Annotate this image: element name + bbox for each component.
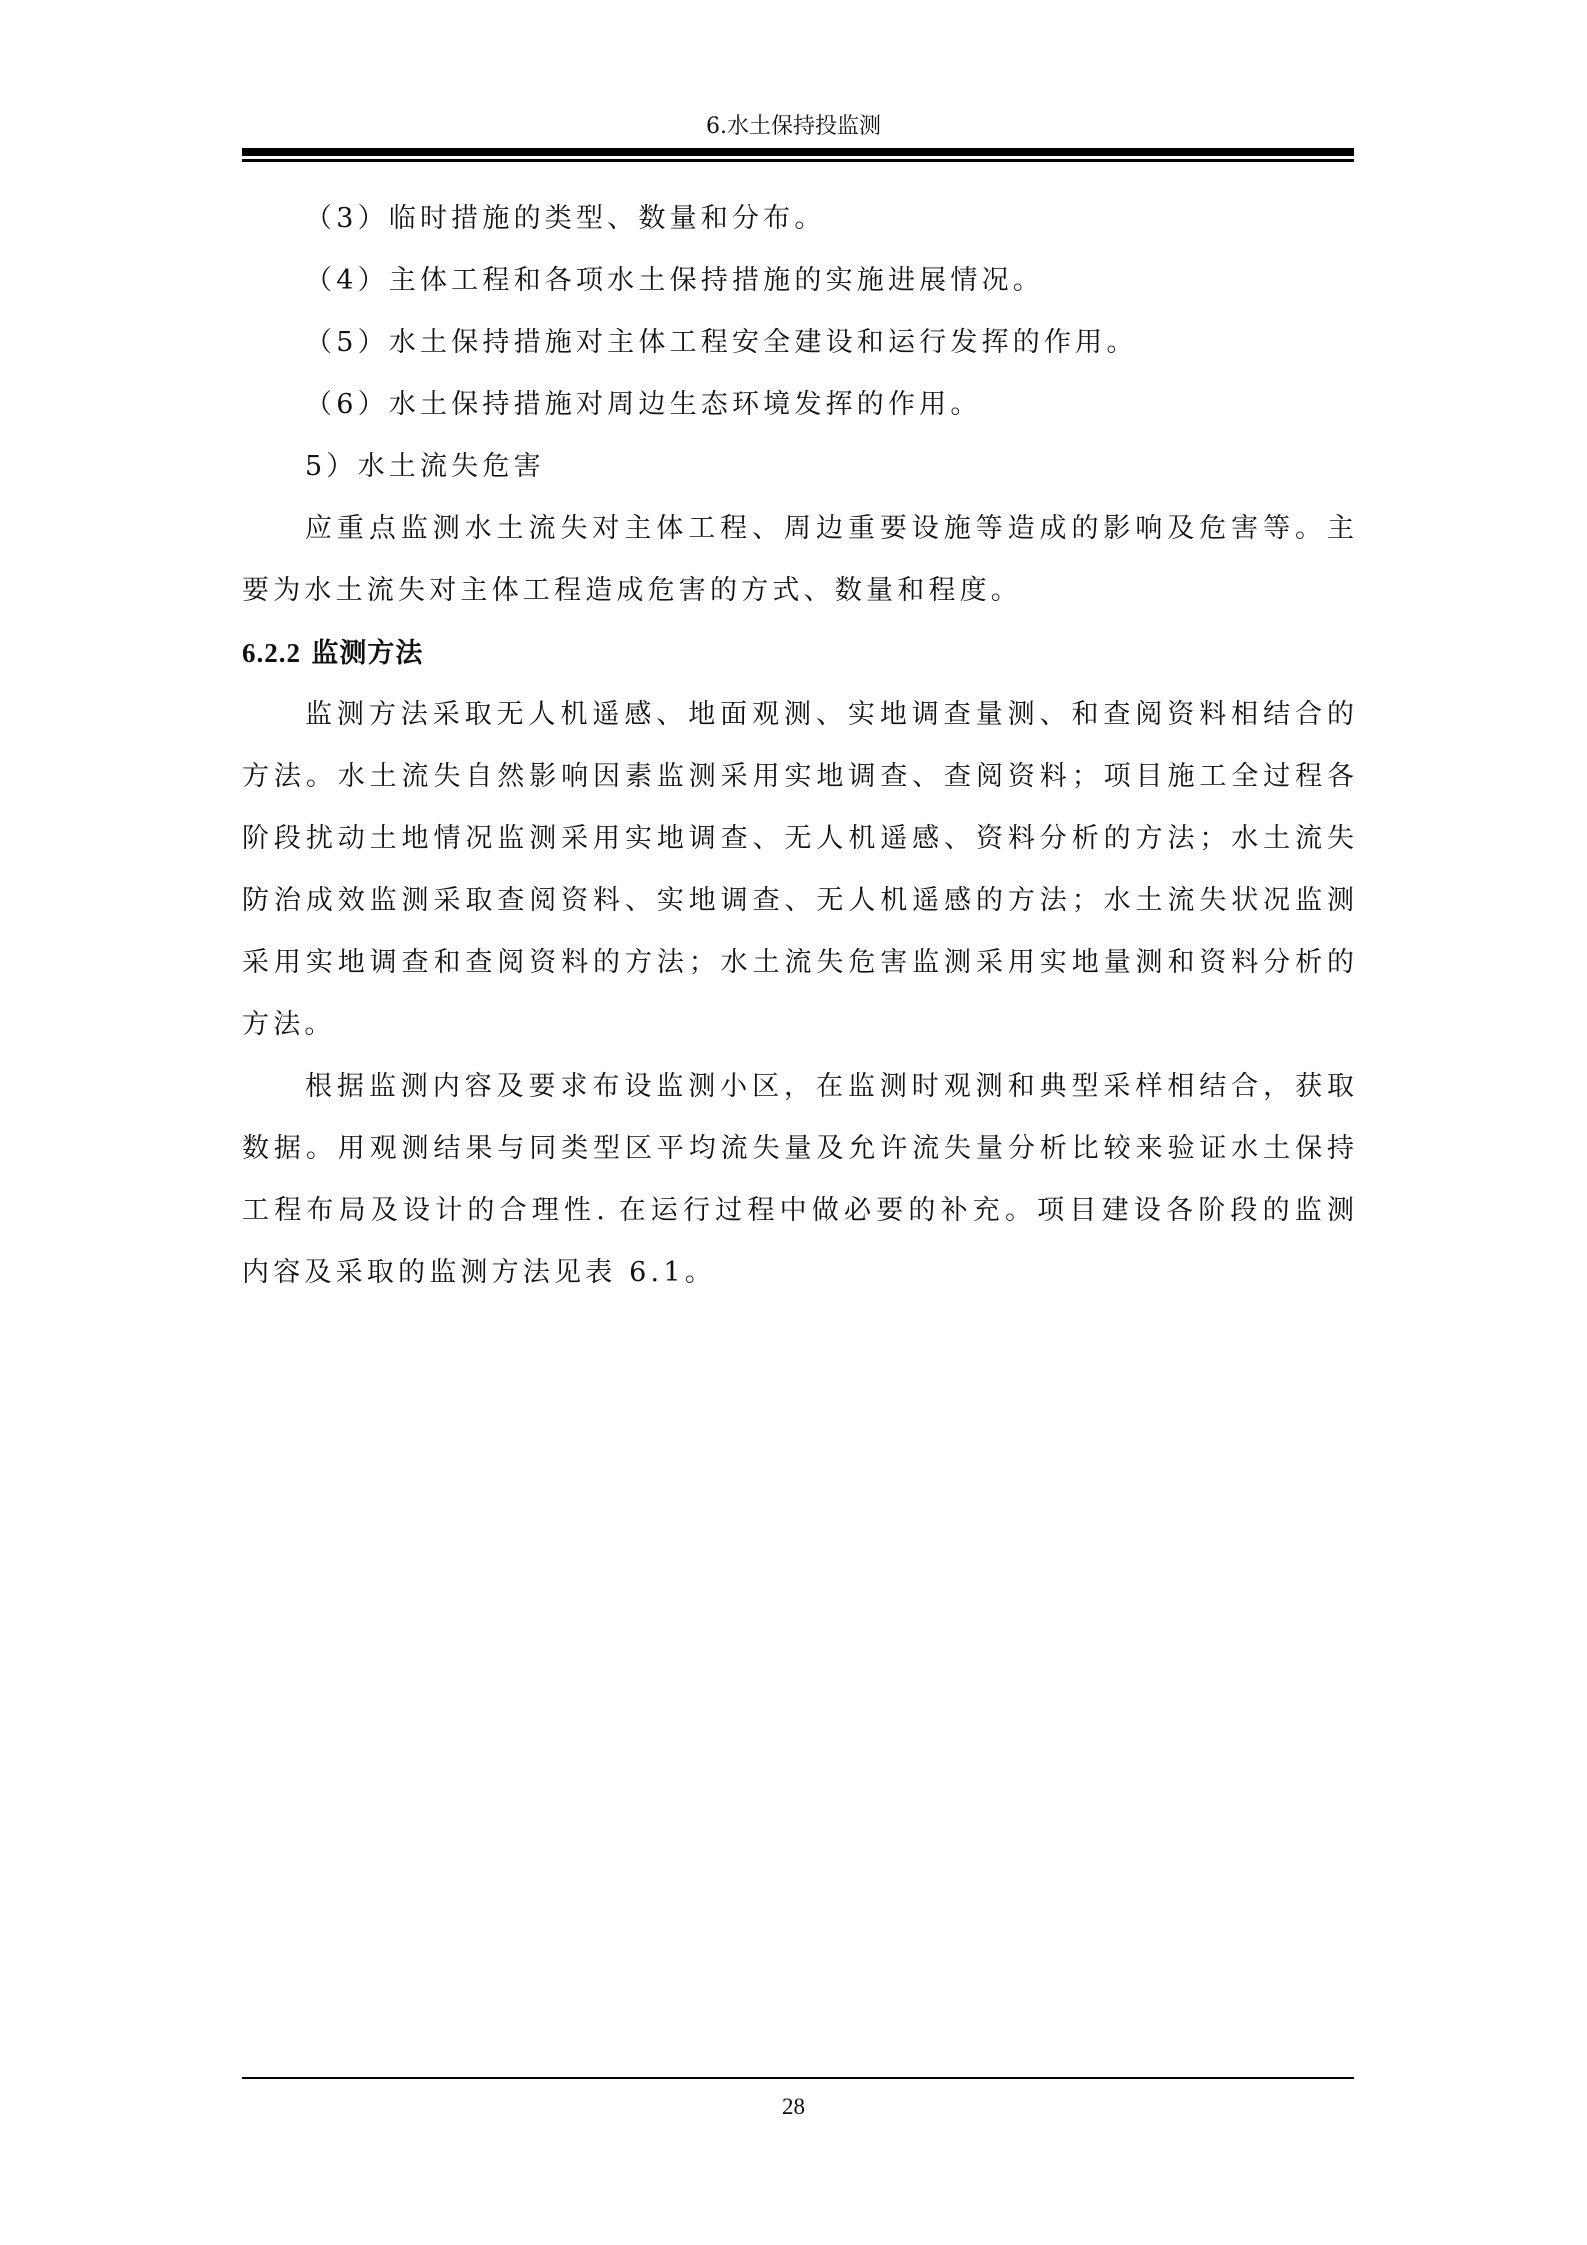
running-header: 6.水土保持投监测 [0,112,1587,142]
section-heading: 6.2.2 监测方法 [242,622,1354,684]
paragraph-line: 内容及采取的监测方法见表 6.1。 [242,1242,1354,1304]
paragraph-line: 根据监测内容及要求布设监测小区，在监测时观测和典型采样相结合，获取 [242,1056,1354,1118]
section-number: 6.2.2 [242,638,301,668]
document-page: 6.水土保持投监测 （3）临时措施的类型、数量和分布。 （4）主体工程和各项水土… [0,0,1587,2245]
paragraph-line: 防治成效监测采取查阅资料、实地调查、无人机遥感的方法；水土流失状况监测 [242,870,1354,932]
section-title: 监测方法 [311,638,423,669]
paragraph-line: 工程布局及设计的合理性. 在运行过程中做必要的补充。项目建设各阶段的监测 [242,1180,1354,1242]
list-item: （6）水土保持措施对周边生态环境发挥的作用。 [242,374,1354,436]
list-item: （3）临时措施的类型、数量和分布。 [242,188,1354,250]
page-number: 28 [0,2093,1587,2121]
paragraph-line: 监测方法采取无人机遥感、地面观测、实地调查量测、和查阅资料相结合的 [242,684,1354,746]
paragraph-line: 采用实地调查和查阅资料的方法；水土流失危害监测采用实地量测和资料分析的 [242,932,1354,994]
paragraph-line: 要为水土流失对主体工程造成危害的方式、数量和程度。 [242,560,1354,622]
paragraph-line: 方法。水土流失自然影响因素监测采用实地调查、查阅资料；项目施工全过程各 [242,746,1354,808]
paragraph-line: 方法。 [242,994,1354,1056]
list-item: （4）主体工程和各项水土保持措施的实施进展情况。 [242,250,1354,312]
body-content: （3）临时措施的类型、数量和分布。 （4）主体工程和各项水土保持措施的实施进展情… [242,188,1354,1304]
list-item: （5）水土保持措施对主体工程安全建设和运行发挥的作用。 [242,312,1354,374]
header-rule-thick [242,148,1354,156]
paragraph-line: 数据。用观测结果与同类型区平均流失量及允许流失量分析比较来验证水土保持 [242,1118,1354,1180]
subheading: 5）水土流失危害 [242,436,1354,498]
paragraph-line: 应重点监测水土流失对主体工程、周边重要设施等造成的影响及危害等。主 [242,498,1354,560]
header-rule-thin [242,159,1354,162]
footer-rule [242,2077,1354,2079]
paragraph-line: 阶段扰动土地情况监测采用实地调查、无人机遥感、资料分析的方法；水土流失 [242,808,1354,870]
